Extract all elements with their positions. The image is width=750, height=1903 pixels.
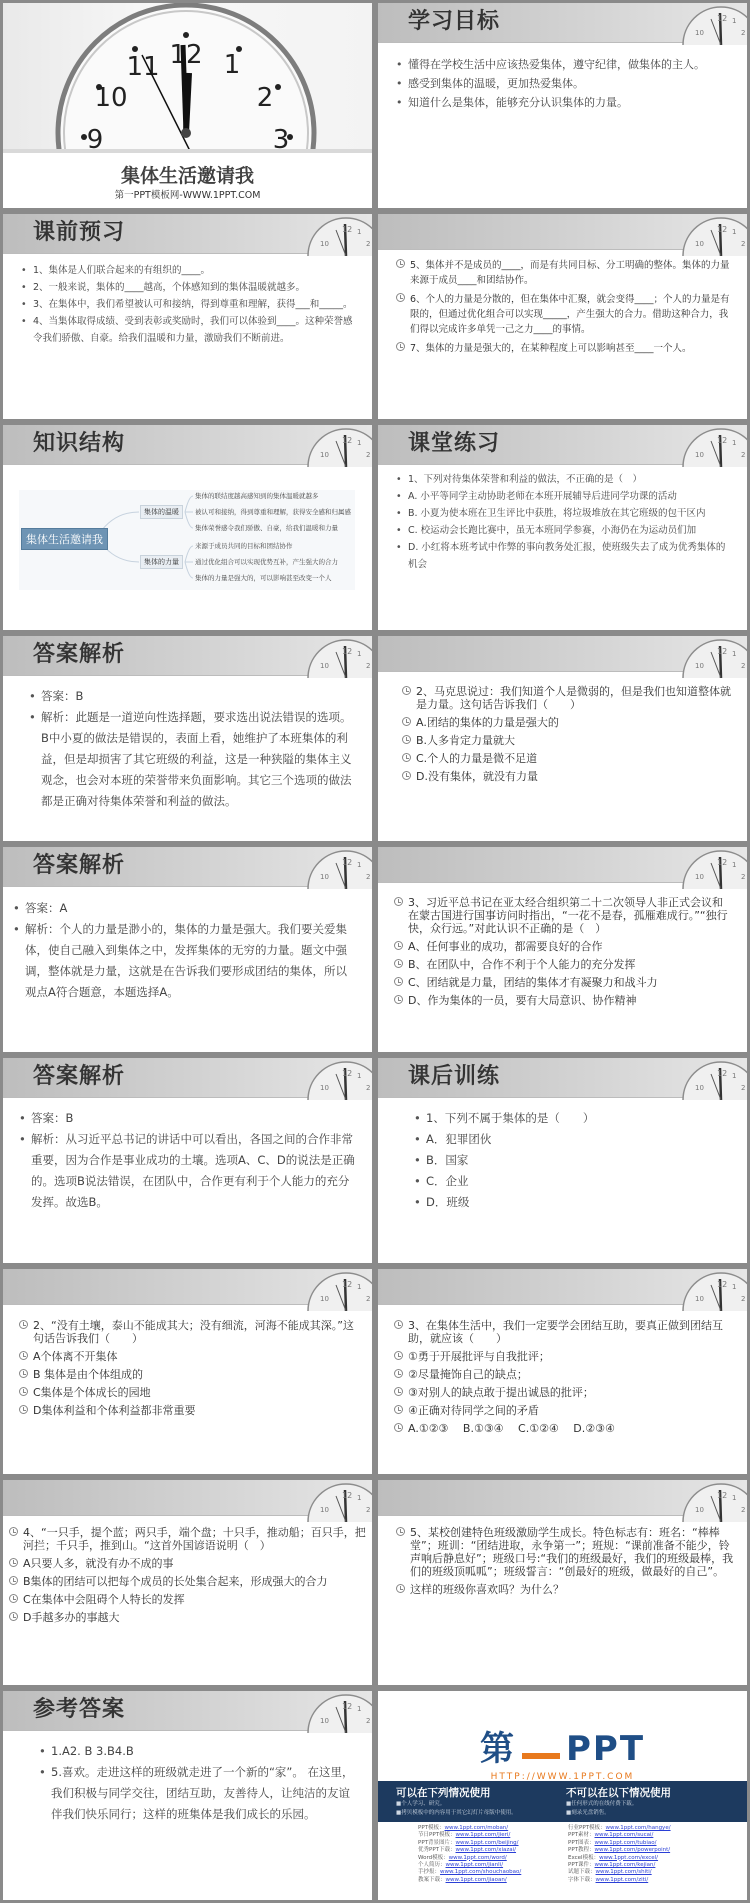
mind-map-root: 集体生活邀请我 bbox=[21, 528, 108, 550]
svg-text:1: 1 bbox=[732, 439, 736, 447]
slide-end-1ppt[interactable]: 第PPT HTTP://WWW.1PPT.COM 可以在下列情况使用 ■个人学习… bbox=[375, 1688, 750, 1903]
can-use-section: 可以在下列情况使用 ■个人学习、研究。 ■拷贝模板中的内容用于其它幻灯片母版中使… bbox=[396, 1785, 566, 1818]
slide-header: 知识结构 121210 bbox=[3, 425, 372, 465]
slide-header: 答案解析 121210 bbox=[3, 1058, 372, 1098]
slide-answer-analysis-3[interactable]: 答案解析 121210 答案：B 解析：从习近平总书记的讲话中可以看出，各国之间… bbox=[0, 1055, 375, 1266]
analysis-list: 答案：A 解析：个人的力量是渺小的，集体的力量是强大。我们要关爱集体，使自己融入… bbox=[13, 898, 354, 1003]
list-item: 解析：此题是一道逆向性选择题，要求选出说法错误的选项。B中小夏的做法是错误的，表… bbox=[29, 707, 354, 812]
question-list: 5、某校创建特色班级激励学生成长。特色标志有：班名：“棒棒堂”；班训：“团结进取… bbox=[396, 1526, 737, 1596]
list-item: ③对别人的缺点敢于提出诚恳的批评； bbox=[394, 1386, 733, 1399]
list-item: ④正确对待同学之间的矛盾 bbox=[394, 1404, 733, 1417]
list-item: A只要人多，就没有办不成的事 bbox=[9, 1557, 366, 1570]
slide-cover[interactable]: 12 1 2 3 9 10 11 bbox=[0, 0, 375, 211]
list-item: 答案：B bbox=[29, 686, 354, 707]
list-item: B、在团队中，合作不利于个人能力的充分发挥 bbox=[394, 958, 733, 971]
slide-header: 参考答案 121210 bbox=[3, 1691, 372, 1731]
list-item: 3、习近平总书记在亚太经合组织第二十二次领导人非正式会议和在蒙古国进行国事访问时… bbox=[394, 896, 733, 935]
slide-reference-answers[interactable]: 参考答案 121210 1.A2. B 3.B4.B 5.喜欢。走进这样的班级就… bbox=[0, 1688, 375, 1903]
svg-text:12: 12 bbox=[717, 1491, 727, 1500]
clock-bullet-icon bbox=[396, 259, 405, 268]
slide-header: 课后训练 121210 bbox=[378, 1058, 747, 1098]
slide-header: 121210 bbox=[378, 847, 747, 883]
list-item: 7、集体的力量是强大的，在某种程度上可以影响甚至____一个人。 bbox=[396, 341, 733, 356]
slide-homework-2[interactable]: 121210 2、“没有土壤，泰山不能成其大；没有细流，河海不能成其深。”这句话… bbox=[0, 1266, 375, 1477]
clock-watermark-icon: 121210 bbox=[302, 845, 372, 889]
slide-title: 课后训练 bbox=[408, 1063, 500, 1091]
svg-text:12: 12 bbox=[717, 14, 727, 23]
clock-watermark-icon: 121210 bbox=[302, 1267, 372, 1311]
svg-text:2: 2 bbox=[741, 29, 745, 37]
svg-text:2: 2 bbox=[366, 1717, 370, 1725]
list-item: D集体利益和个体利益都非常重要 bbox=[19, 1404, 358, 1417]
can-use-title: 可以在下列情况使用 bbox=[396, 1785, 566, 1800]
clock-watermark-icon: 121210 bbox=[302, 634, 372, 678]
cover-subtitle: 第一PPT模板网-WWW.1PPT.COM bbox=[3, 187, 372, 201]
practice-list: 1、下列对待集体荣誉和利益的做法，不正确的是（ ） A. 小平等同学主动协助老师… bbox=[396, 471, 733, 573]
svg-text:10: 10 bbox=[320, 873, 329, 881]
svg-text:1: 1 bbox=[357, 650, 361, 658]
svg-text:10: 10 bbox=[320, 1717, 329, 1725]
list-item: D．班级 bbox=[414, 1192, 733, 1213]
svg-text:2: 2 bbox=[741, 662, 745, 670]
svg-text:1: 1 bbox=[357, 1283, 361, 1291]
svg-text:2: 2 bbox=[366, 1506, 370, 1514]
link-row[interactable]: 试题下载：www.1ppt.com/shiti/ bbox=[568, 1869, 748, 1876]
mind-map-leaf: 集体的联结度越高感知到的集体温暖就越多 bbox=[195, 491, 319, 500]
mind-map-leaf: 被认可和接纳，得到尊重和理解，获得安全感和归属感 bbox=[195, 507, 351, 516]
link-row[interactable]: 字体下载：www.1ppt.com/ziti/ bbox=[568, 1877, 748, 1884]
list-item: B．国家 bbox=[414, 1150, 733, 1171]
svg-text:12: 12 bbox=[717, 225, 727, 234]
list-item: A. 小平等同学主动协助老师在本班开展辅导后进同学功课的活动 bbox=[396, 488, 733, 505]
clock-bullet-icon bbox=[9, 1558, 18, 1567]
logo-dash bbox=[522, 1753, 560, 1759]
clock-bullet-icon bbox=[396, 293, 405, 302]
svg-text:12: 12 bbox=[342, 1491, 352, 1500]
slide-header: 学习目标 121210 bbox=[378, 3, 747, 43]
link-row[interactable]: PPT教程：www.1ppt.com/powerpoint/ bbox=[568, 1847, 748, 1854]
slide-answer-analysis-2[interactable]: 答案解析 121210 答案：A 解析：个人的力量是渺小的，集体的力量是强大。我… bbox=[0, 844, 375, 1055]
list-item: A个体离不开集体 bbox=[19, 1350, 358, 1363]
svg-text:10: 10 bbox=[320, 1295, 329, 1303]
link-row[interactable]: PPT素材：www.1ppt.com/sucai/ bbox=[568, 1832, 748, 1839]
clock-watermark-icon: 121210 bbox=[677, 845, 747, 889]
slide-answer-analysis-1[interactable]: 答案解析 121210 答案：B 解析：此题是一道逆向性选择题，要求选出说法错误… bbox=[0, 633, 375, 844]
svg-text:1: 1 bbox=[357, 861, 361, 869]
cover-title: 集体生活邀请我 bbox=[3, 161, 372, 188]
1ppt-logo: 第PPT HTTP://WWW.1PPT.COM bbox=[378, 1721, 747, 1782]
list-item: 6、个人的力量是分散的，但在集体中汇聚，就会变得____；个人的力量是有限的，但… bbox=[396, 292, 733, 337]
list-item: 1、集体是人们联合起来的有组织的____。 bbox=[21, 262, 358, 279]
clock-watermark-icon: 121210 bbox=[677, 1056, 747, 1100]
svg-text:10: 10 bbox=[695, 873, 704, 881]
clock-bullet-icon bbox=[396, 342, 405, 351]
svg-text:12: 12 bbox=[342, 1280, 352, 1289]
slide-question-2[interactable]: 121210 2、马克思说过：我们知道个人是微弱的，但是我们也知道整体就是力量。… bbox=[375, 633, 750, 844]
slide-preview[interactable]: 课前预习 121210 1、集体是人们联合起来的有组织的____。 2、一般来说… bbox=[0, 211, 375, 422]
clock-bullet-icon bbox=[9, 1576, 18, 1585]
list-item: 2、“没有土壤，泰山不能成其大；没有细流，河海不能成其深。”这句话告诉我们（ ） bbox=[19, 1319, 358, 1345]
preview2-list: 5、集体并不是成员的____，而是有共同目标、分工明确的整体。集体的力量来源于成… bbox=[396, 258, 733, 356]
list-item: 4、“一只手，提个蓝；两只手，端个盘；十只手，推动船；百只手，把河拦；千只手，推… bbox=[9, 1526, 366, 1552]
svg-text:10: 10 bbox=[695, 240, 704, 248]
clock-bullet-icon bbox=[402, 771, 411, 780]
svg-text:2: 2 bbox=[366, 873, 370, 881]
list-item: B.人多肯定力量就大 bbox=[402, 734, 733, 747]
clock-bullet-icon bbox=[396, 1584, 405, 1593]
svg-text:12: 12 bbox=[717, 1280, 727, 1289]
svg-text:1: 1 bbox=[357, 1072, 361, 1080]
svg-text:12: 12 bbox=[342, 1069, 352, 1078]
svg-text:1: 1 bbox=[732, 1283, 736, 1291]
link-row[interactable]: Excel模板：www.1ppt.com/excel/ bbox=[568, 1855, 748, 1862]
question-list: 2、“没有土壤，泰山不能成其大；没有细流，河海不能成其深。”这句话告诉我们（ ）… bbox=[19, 1319, 358, 1417]
mind-map: 集体生活邀请我 集体的温暖 集体的力量 集体的联结度越高感知到的集体温暖就越多 … bbox=[19, 490, 355, 590]
slide-learning-goals[interactable]: 学习目标 121210 懂得在学校生活中应该热爱集体，遵守纪律，做集体的主人。 … bbox=[375, 0, 750, 211]
list-item: 知道什么是集体，能够充分认识集体的力量。 bbox=[396, 93, 733, 112]
svg-text:3: 3 bbox=[273, 125, 290, 153]
list-item: D、作为集体的一员，要有大局意识、协作精神 bbox=[394, 994, 733, 1007]
svg-text:1: 1 bbox=[357, 439, 361, 447]
list-item: 解析：从习近平总书记的讲话中可以看出，各国之间的合作非常重要，因为合作是事业成功… bbox=[19, 1129, 360, 1213]
list-item: 3、在集体中，我们希望被认可和接纳，得到尊重和理解，获得___和_____。 bbox=[21, 296, 358, 313]
svg-text:9: 9 bbox=[87, 125, 104, 153]
clock-bullet-icon bbox=[394, 1423, 403, 1432]
clock-bullet-icon bbox=[394, 897, 403, 906]
svg-text:1: 1 bbox=[357, 1494, 361, 1502]
list-item: 2、马克思说过：我们知道个人是微弱的，但是我们也知道整体就是力量。这句话告诉我们… bbox=[402, 685, 733, 711]
list-item: C.个人的力量是微不足道 bbox=[402, 752, 733, 765]
mind-map-leaf: 集体荣誉感令我们骄傲、自豪，给我们温暖和力量 bbox=[195, 523, 338, 532]
svg-text:2: 2 bbox=[741, 873, 745, 881]
list-item: A．犯罪团伙 bbox=[414, 1129, 733, 1150]
svg-text:2: 2 bbox=[741, 1084, 745, 1092]
svg-text:10: 10 bbox=[320, 451, 329, 459]
clock-watermark-icon: 121210 bbox=[302, 1689, 372, 1733]
list-item: ②尽量掩饰自己的缺点； bbox=[394, 1368, 733, 1381]
links-right: 行业PPT模板：www.1ppt.com/hangye/ PPT素材：www.1… bbox=[568, 1825, 748, 1884]
slide-title: 课前预习 bbox=[33, 219, 125, 247]
clock-bullet-icon bbox=[402, 735, 411, 744]
list-item: 5.喜欢。走进这样的班级就走进了一个新的“家”。 在这里，我们积极与同学交往，团… bbox=[39, 1762, 356, 1825]
slide-title: 答案解析 bbox=[33, 852, 125, 880]
clock-watermark-icon: 121210 bbox=[677, 1267, 747, 1311]
list-item: B. 小夏为使本班在卫生评比中获胜，将垃圾堆放在其它班级的包干区内 bbox=[396, 505, 733, 522]
slide-title: 答案解析 bbox=[33, 1063, 125, 1091]
clock-watermark-icon: 121210 bbox=[677, 212, 747, 256]
svg-text:10: 10 bbox=[695, 451, 704, 459]
svg-text:1: 1 bbox=[732, 1072, 736, 1080]
clock-watermark-icon: 121210 bbox=[302, 1056, 372, 1100]
clock-watermark-icon: 121210 bbox=[677, 1, 747, 45]
svg-text:10: 10 bbox=[695, 1084, 704, 1092]
list-item: C在集体中会阻碍个人特长的发挥 bbox=[9, 1593, 366, 1606]
svg-text:1: 1 bbox=[732, 17, 736, 25]
svg-text:10: 10 bbox=[695, 29, 704, 37]
list-item: A.团结的集体的力量是强大的 bbox=[402, 716, 733, 729]
clock-bullet-icon bbox=[394, 1369, 403, 1378]
logo-right: PPT bbox=[566, 1729, 645, 1769]
cannot-use-section: 不可以在以下情况使用 ■任何形式的在线付费下载。 ■刻录光盘销售。 bbox=[566, 1785, 736, 1818]
svg-text:2: 2 bbox=[366, 1084, 370, 1092]
list-item: D.没有集体，就没有力量 bbox=[402, 770, 733, 783]
slide-title: 参考答案 bbox=[33, 1696, 125, 1724]
clock-bullet-icon bbox=[402, 686, 411, 695]
svg-text:10: 10 bbox=[320, 1506, 329, 1514]
list-item: 3、在集体生活中，我们一定要学会团结互助，要真正做到团结互助，就应该（ ） bbox=[394, 1319, 733, 1345]
list-item: ①勇于开展批评与自我批评； bbox=[394, 1350, 733, 1363]
list-item: B 集体是由个体组成的 bbox=[19, 1368, 358, 1381]
cannot-use-title: 不可以在以下情况使用 bbox=[566, 1785, 736, 1800]
slide-header: 课堂练习 121210 bbox=[378, 425, 747, 465]
list-item: C．企业 bbox=[414, 1171, 733, 1192]
slide-header: 课前预习 121210 bbox=[3, 214, 372, 254]
list-item: 4、当集体取得成绩、受到表彰或奖励时，我们可以体验到____。这种荣誉感令我们骄… bbox=[21, 313, 358, 347]
svg-text:12: 12 bbox=[717, 1069, 727, 1078]
clock-bullet-icon bbox=[19, 1387, 28, 1396]
svg-text:1: 1 bbox=[357, 1705, 361, 1713]
slide-class-practice[interactable]: 课堂练习 121210 1、下列对待集体荣誉和利益的做法，不正确的是（ ） A.… bbox=[375, 422, 750, 633]
list-item: D手越多办的事越大 bbox=[9, 1611, 366, 1624]
clock-bullet-icon bbox=[402, 753, 411, 762]
svg-text:2: 2 bbox=[741, 1506, 745, 1514]
list-item: 这样的班级你喜欢吗？为什么？ bbox=[396, 1583, 737, 1596]
slide-homework-5[interactable]: 121210 5、某校创建特色班级激励学生成长。特色标志有：班名：“棒棒堂”；班… bbox=[375, 1477, 750, 1688]
slide-header: 答案解析 121210 bbox=[3, 847, 372, 887]
list-item: 答案：B bbox=[19, 1108, 360, 1129]
svg-text:12: 12 bbox=[342, 436, 352, 445]
preview-list: 1、集体是人们联合起来的有组织的____。 2、一般来说，集体的____越高，个… bbox=[21, 262, 358, 347]
clock-bullet-icon bbox=[394, 995, 403, 1004]
svg-text:2: 2 bbox=[366, 451, 370, 459]
svg-text:1: 1 bbox=[732, 861, 736, 869]
svg-text:10: 10 bbox=[695, 1506, 704, 1514]
list-item: 5、集体并不是成员的____，而是有共同目标、分工明确的整体。集体的力量来源于成… bbox=[396, 258, 733, 288]
goals-list: 懂得在学校生活中应该热爱集体，遵守纪律，做集体的主人。 感受到集体的温暖，更加热… bbox=[396, 55, 733, 112]
slide-knowledge-structure[interactable]: 知识结构 121210 集体生活邀请我 集体的温暖 集体的力量 集体的联结度越高… bbox=[0, 422, 375, 633]
analysis-list: 答案：B 解析：从习近平总书记的讲话中可以看出，各国之间的合作非常重要，因为合作… bbox=[19, 1108, 360, 1213]
svg-text:2: 2 bbox=[741, 240, 745, 248]
slide-title: 课堂练习 bbox=[408, 430, 500, 458]
clock-watermark-icon: 121210 bbox=[677, 1478, 747, 1522]
svg-text:12: 12 bbox=[717, 858, 727, 867]
svg-text:2: 2 bbox=[257, 83, 274, 113]
list-item: C、团结就是力量，团结的集体才有凝聚力和战斗力 bbox=[394, 976, 733, 989]
answers-list: 1.A2. B 3.B4.B 5.喜欢。走进这样的班级就走进了一个新的“家”。 … bbox=[39, 1741, 356, 1825]
clock-watermark-icon: 121210 bbox=[677, 634, 747, 678]
slide-header: 121210 bbox=[3, 1480, 372, 1516]
svg-text:1: 1 bbox=[732, 1494, 736, 1502]
clock-icon: 12 1 2 3 9 10 11 bbox=[3, 3, 372, 153]
list-item: A、任何事业的成功，都需要良好的合作 bbox=[394, 940, 733, 953]
list-item: 答案：A bbox=[13, 898, 354, 919]
clock-image: 12 1 2 3 9 10 11 bbox=[3, 3, 372, 153]
svg-text:1: 1 bbox=[732, 228, 736, 236]
slide-title: 知识结构 bbox=[33, 430, 125, 458]
analysis-list: 答案：B 解析：此题是一道逆向性选择题，要求选出说法错误的选项。B中小夏的做法是… bbox=[29, 686, 354, 812]
svg-text:2: 2 bbox=[741, 1295, 745, 1303]
clock-watermark-icon: 121210 bbox=[302, 423, 372, 467]
clock-watermark-icon: 121210 bbox=[302, 212, 372, 256]
clock-bullet-icon bbox=[394, 977, 403, 986]
list-item: 懂得在学校生活中应该热爱集体，遵守纪律，做集体的主人。 bbox=[396, 55, 733, 74]
svg-text:2: 2 bbox=[741, 451, 745, 459]
clock-watermark-icon: 121210 bbox=[302, 1478, 372, 1522]
svg-text:12: 12 bbox=[342, 225, 352, 234]
svg-text:12: 12 bbox=[342, 647, 352, 656]
svg-text:10: 10 bbox=[320, 662, 329, 670]
clock-bullet-icon bbox=[19, 1351, 28, 1360]
svg-text:10: 10 bbox=[695, 662, 704, 670]
slide-title: 答案解析 bbox=[33, 641, 125, 669]
svg-text:10: 10 bbox=[320, 240, 329, 248]
list-item: 1、下列不属于集体的是（ ） bbox=[414, 1108, 733, 1129]
list-item: 1、下列对待集体荣誉和利益的做法，不正确的是（ ） bbox=[396, 471, 733, 488]
clock-bullet-icon bbox=[19, 1405, 28, 1414]
svg-text:2: 2 bbox=[366, 662, 370, 670]
mind-map-leaf: 集体的力量是强大的，可以影响甚至改变一个人 bbox=[195, 573, 332, 582]
training-list: 1、下列不属于集体的是（ ） A．犯罪团伙 B．国家 C．企业 D．班级 bbox=[414, 1108, 733, 1213]
svg-text:1: 1 bbox=[732, 650, 736, 658]
clock-bullet-icon bbox=[394, 959, 403, 968]
clock-bullet-icon bbox=[394, 941, 403, 950]
svg-text:1: 1 bbox=[357, 228, 361, 236]
slide-question-3[interactable]: 121210 3、习近平总书记在亚太经合组织第二十二次领导人非正式会议和在蒙古国… bbox=[375, 844, 750, 1055]
list-item: 5、某校创建特色班级激励学生成长。特色标志有：班名：“棒棒堂”；班训：“团结进取… bbox=[396, 1526, 737, 1578]
clock-watermark-icon: 121210 bbox=[677, 423, 747, 467]
mind-map-branch: 集体的温暖 bbox=[140, 505, 183, 519]
slide-grid: 12 1 2 3 9 10 11 bbox=[0, 0, 750, 1903]
clock-bullet-icon bbox=[394, 1387, 403, 1396]
question-list: 4、“一只手，提个蓝；两只手，端个盘；十只手，推动船；百只手，把河拦；千只手，推… bbox=[9, 1526, 366, 1624]
clock-bullet-icon bbox=[9, 1594, 18, 1603]
mind-map-branch: 集体的力量 bbox=[140, 555, 183, 569]
slide-after-class-training[interactable]: 课后训练 121210 1、下列不属于集体的是（ ） A．犯罪团伙 B．国家 C… bbox=[375, 1055, 750, 1266]
clock-bullet-icon bbox=[396, 1527, 405, 1536]
clock-bullet-icon bbox=[394, 1405, 403, 1414]
clock-bullet-icon bbox=[19, 1369, 28, 1378]
list-item: C集体是个体成长的园地 bbox=[19, 1386, 358, 1399]
slide-header: 121210 bbox=[378, 1480, 747, 1516]
clock-bullet-icon bbox=[394, 1351, 403, 1360]
svg-text:2: 2 bbox=[366, 240, 370, 248]
svg-text:12: 12 bbox=[342, 858, 352, 867]
clock-bullet-icon bbox=[19, 1320, 28, 1329]
svg-text:12: 12 bbox=[717, 647, 727, 656]
clock-bullet-icon bbox=[9, 1612, 18, 1621]
svg-text:2: 2 bbox=[366, 1295, 370, 1303]
slide-header: 121210 bbox=[378, 636, 747, 672]
slide-header: 121210 bbox=[3, 1269, 372, 1305]
slide-header: 121210 bbox=[378, 1269, 747, 1305]
svg-text:1: 1 bbox=[224, 50, 241, 80]
clock-bullet-icon bbox=[9, 1527, 18, 1536]
slide-homework-3[interactable]: 121210 3、在集体生活中，我们一定要学会团结互助，要真正做到团结互助，就应… bbox=[375, 1266, 750, 1477]
mind-map-leaf: 来源于成员共同的目标和团结协作 bbox=[195, 541, 293, 550]
list-item: D. 小红将本班考试中作弊的事向教务处汇报，使班级失去了成为优秀集体的机会 bbox=[396, 539, 733, 573]
list-item: 2、一般来说，集体的____越高，个体感知到的集体温暖就越多。 bbox=[21, 279, 358, 296]
slide-homework-4[interactable]: 121210 4、“一只手，提个蓝；两只手，端个盘；十只手，推动船；百只手，把河… bbox=[0, 1477, 375, 1688]
list-item: 1.A2. B 3.B4.B bbox=[39, 1741, 356, 1762]
question-list: 3、在集体生活中，我们一定要学会团结互助，要真正做到团结互助，就应该（ ） ①勇… bbox=[394, 1319, 733, 1435]
clock-bullet-icon bbox=[394, 1320, 403, 1329]
slide-preview-continued[interactable]: 121210 5、集体并不是成员的____，而是有共同目标、分工明确的整体。集体… bbox=[375, 211, 750, 422]
usage-band: 可以在下列情况使用 ■个人学习、研究。 ■拷贝模板中的内容用于其它幻灯片母版中使… bbox=[378, 1781, 747, 1822]
slide-header: 答案解析 121210 bbox=[3, 636, 372, 676]
svg-text:10: 10 bbox=[695, 1295, 704, 1303]
list-item: 感受到集体的温暖，更加热爱集体。 bbox=[396, 74, 733, 93]
slide-header: 121210 bbox=[378, 214, 747, 250]
svg-text:12: 12 bbox=[342, 1702, 352, 1711]
svg-text:12: 12 bbox=[717, 436, 727, 445]
list-item: 解析：个人的力量是渺小的，集体的力量是强大。我们要关爱集体，使自己融入到集体之中… bbox=[13, 919, 354, 1003]
list-item: C. 校运动会长跑比赛中，虽无本班同学参赛，小海仍在为运动员们加 bbox=[396, 522, 733, 539]
question-list: 3、习近平总书记在亚太经合组织第二十二次领导人非正式会议和在蒙古国进行国事访问时… bbox=[394, 896, 733, 1007]
mind-map-leaf: 通过优化组合可以实现优势互补，产生强大的合力 bbox=[195, 557, 338, 566]
svg-text:10: 10 bbox=[320, 1084, 329, 1092]
list-item: B集体的团结可以把每个成员的长处集合起来，形成强大的合力 bbox=[9, 1575, 366, 1588]
clock-bullet-icon bbox=[402, 717, 411, 726]
question-list: 2、马克思说过：我们知道个人是微弱的，但是我们也知道整体就是力量。这句话告诉我们… bbox=[402, 685, 733, 783]
list-item: A.①②③ B.①③④ C.①②④ D.②③④ bbox=[394, 1422, 733, 1435]
logo-left: 第 bbox=[480, 1729, 516, 1769]
slide-title: 学习目标 bbox=[408, 8, 500, 36]
